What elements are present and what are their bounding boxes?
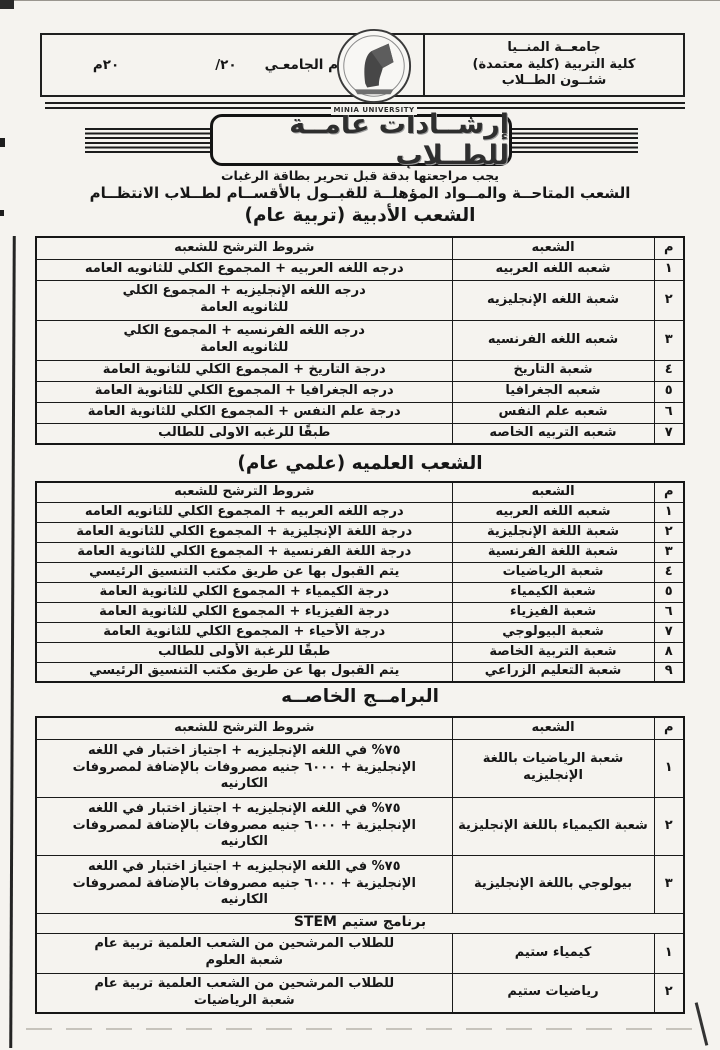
- table-row: ٢ شعبة اللغه الإنجليزيه درجه اللغه الإنج…: [36, 280, 684, 320]
- section-conditions: ٧٥% في اللغه الإنجليزيه + اجتياز اختبار …: [36, 855, 452, 913]
- col-conditions: شروط الترشح للشعبه: [36, 237, 452, 259]
- row-number: ٦: [654, 602, 684, 622]
- section-name: شعبه علم النفس: [452, 402, 654, 423]
- section-name: شعبة اللغه الإنجليزيه: [452, 280, 654, 320]
- table-row: ٥ شعبه الجغرافيا درجه الجغرافيا + المجمو…: [36, 381, 684, 402]
- row-number: ٢: [654, 797, 684, 855]
- table-row: ٤ شعبة التاريخ درجة التاريخ + المجموع ال…: [36, 360, 684, 381]
- row-number: ٨: [654, 642, 684, 662]
- section-name: شعبة التربية الخاصة: [452, 642, 654, 662]
- table-row: ٩ شعبة التعليم الزراعي يتم القبول بها عن…: [36, 662, 684, 682]
- section-conditions: درجة علم النفس + المجموع الكلي للثانوية …: [36, 402, 452, 423]
- faculty-name: كلية التربية (كلية معتمدة): [473, 57, 636, 74]
- row-number: ١: [654, 502, 684, 522]
- table-row: ١ شعبه اللغه العربيه درجه اللغه العربيه …: [36, 259, 684, 280]
- table-row: ٥ شعبة الكيمياء درجة الكيمياء + المجموع …: [36, 582, 684, 602]
- table-header-row: م الشعبه شروط الترشح للشعبه: [36, 237, 684, 259]
- section-conditions: ٧٥% في اللغه الإنجليزيه + اجتياز اختبار …: [36, 797, 452, 855]
- scientific-sections-table: م الشعبه شروط الترشح للشعبه ١ شعبه اللغه…: [35, 481, 685, 683]
- table-header-row: م الشعبه شروط الترشح للشعبه: [36, 482, 684, 502]
- row-number: ٢: [654, 522, 684, 542]
- table-row: ١ كيمياء ستيم للطلاب المرشحين من الشعب ا…: [36, 933, 684, 973]
- row-number: ٦: [654, 402, 684, 423]
- table-header-row: م الشعبه شروط الترشح للشعبه: [36, 717, 684, 739]
- table-row: ١ شعبة الرياضيات باللغة الإنجليزيه ٧٥% ف…: [36, 739, 684, 797]
- special-programs-table: م الشعبه شروط الترشح للشعبه ١ شعبة الريا…: [35, 716, 685, 1014]
- banner-rule-left: [85, 128, 211, 155]
- section-name: شعبه الجغرافيا: [452, 381, 654, 402]
- table-row: ٧ شعبه التربيه الخاصه طبقًا للرغبه الاول…: [36, 423, 684, 444]
- section-name: شعبه اللغه الفرنسيه: [452, 320, 654, 360]
- row-number: ٤: [654, 360, 684, 381]
- table-row: ٦ شعبة الفيزياء درجة الفيزياء + المجموع …: [36, 602, 684, 622]
- row-number: ٣: [654, 320, 684, 360]
- row-number: ٧: [654, 423, 684, 444]
- section-name: بيولوجي باللغة الإنجليزية: [452, 855, 654, 913]
- section-name: شعبة التاريخ: [452, 360, 654, 381]
- letterhead-identity: جامعــة المنــيا كلية التربية (كلية معتم…: [423, 35, 683, 95]
- section-name: شعبه التربيه الخاصه: [452, 423, 654, 444]
- stem-program-title: برنامج ستيم STEM: [36, 913, 684, 933]
- scan-edge-mark: [0, 138, 5, 147]
- logo-caption: MINIA UNIVERSITY: [331, 105, 417, 115]
- row-number: ٥: [654, 381, 684, 402]
- section-conditions: درجة اللغة الفرنسية + المجموع الكلي للثا…: [36, 542, 452, 562]
- table-row: ٧ شعبة البيولوجي درجة الأحياء + المجموع …: [36, 622, 684, 642]
- academic-year-to: ٢٠م: [93, 57, 119, 73]
- table-row: ٢ شعبة اللغة الإنجليزية درجة اللغة الإنج…: [36, 522, 684, 542]
- scan-corner-streak: [695, 1002, 709, 1045]
- banner-rule-right: [512, 128, 638, 155]
- section-conditions: درجه اللغه العربيه + المجموع الكلي للثان…: [36, 502, 452, 522]
- section-conditions: درجه اللغه الإنجليزيه + المجموع الكلي لل…: [36, 280, 452, 320]
- col-number: م: [654, 237, 684, 259]
- table-row: ٨ شعبة التربية الخاصة طبقًا للرغبة الأول…: [36, 642, 684, 662]
- section-title-special-programs: البرامــج الخاصــه: [35, 686, 685, 707]
- row-number: ٢: [654, 973, 684, 1013]
- literary-sections-table: م الشعبه شروط الترشح للشعبه ١ شعبه اللغه…: [35, 236, 685, 445]
- academic-year-from: ٢٠/: [215, 57, 236, 73]
- section-name: شعبة الرياضيات: [452, 562, 654, 582]
- scan-bottom-line: [20, 1028, 692, 1030]
- col-number: م: [654, 482, 684, 502]
- row-number: ٥: [654, 582, 684, 602]
- section-name: كيمياء ستيم: [452, 933, 654, 973]
- section-conditions: درجه اللغه العربيه + المجموع الكلي للثان…: [36, 259, 452, 280]
- section-name: رياضيات ستيم: [452, 973, 654, 1013]
- section-title-scientific: الشعب العلميه (علمي عام): [35, 453, 685, 474]
- section-conditions: درجة التاريخ + المجموع الكلي للثانوية ال…: [36, 360, 452, 381]
- col-number: م: [654, 717, 684, 739]
- section-conditions: درجه الجغرافيا + المجموع الكلي للثانوية …: [36, 381, 452, 402]
- table-row: ٢ شعبة الكيمياء باللغة الإنجليزية ٧٥% في…: [36, 797, 684, 855]
- col-conditions: شروط الترشح للشعبه: [36, 717, 452, 739]
- table-row: ٦ شعبه علم النفس درجة علم النفس + المجمو…: [36, 402, 684, 423]
- row-number: ١: [654, 933, 684, 973]
- intro-line: الشعب المتاحــة والمــواد المؤهلــة للقب…: [35, 184, 685, 202]
- section-conditions: ٧٥% في اللغه الإنجليزيه + اجتياز اختبار …: [36, 739, 452, 797]
- section-name: شعبة التعليم الزراعي: [452, 662, 654, 682]
- university-name: جامعــة المنــيا: [507, 40, 600, 57]
- col-section: الشعبه: [452, 482, 654, 502]
- col-section: الشعبه: [452, 237, 654, 259]
- row-number: ٤: [654, 562, 684, 582]
- table-row: ٣ بيولوجي باللغة الإنجليزية ٧٥% في اللغه…: [36, 855, 684, 913]
- section-conditions: درجة الفيزياء + المجموع الكلي للثانوية ا…: [36, 602, 452, 622]
- scanned-document-page: جامعــة المنــيا كلية التربية (كلية معتم…: [0, 0, 720, 1050]
- section-conditions: للطلاب المرشحين من الشعب العلمية تربية ع…: [36, 933, 452, 973]
- section-name: شعبه اللغه العربيه: [452, 502, 654, 522]
- row-number: ١: [654, 739, 684, 797]
- section-name: شعبة اللغة الإنجليزية: [452, 522, 654, 542]
- nefertiti-emblem-icon: [335, 27, 413, 105]
- section-conditions: درجة الأحياء + المجموع الكلي للثانوية ال…: [36, 622, 452, 642]
- col-section: الشعبه: [452, 717, 654, 739]
- section-title-literary: الشعب الأدبية (تربية عام): [35, 205, 685, 226]
- scan-edge-mark: [0, 210, 4, 216]
- section-name: شعبة البيولوجي: [452, 622, 654, 642]
- section-name: شعبة الفيزياء: [452, 602, 654, 622]
- section-conditions: يتم القبول بها عن طريق مكتب التنسيق الرئ…: [36, 562, 452, 582]
- row-number: ٩: [654, 662, 684, 682]
- row-number: ٣: [654, 542, 684, 562]
- table-row: ٣ شعبه اللغه الفرنسيه درجه اللغه الفرنسي…: [36, 320, 684, 360]
- section-name: شعبة الكيمياء باللغة الإنجليزية: [452, 797, 654, 855]
- student-affairs-office: شئــون الطــلاب: [502, 73, 607, 90]
- row-number: ٣: [654, 855, 684, 913]
- section-conditions: درجة اللغة الإنجليزية + المجموع الكلي لل…: [36, 522, 452, 542]
- row-number: ١: [654, 259, 684, 280]
- title-banner: إرشــادات عامــة للطــلاب: [210, 114, 512, 166]
- table-row: ٣ شعبة اللغة الفرنسية درجة اللغة الفرنسي…: [36, 542, 684, 562]
- section-name: شعبه اللغه العربيه: [452, 259, 654, 280]
- university-logo: MINIA UNIVERSITY: [331, 27, 417, 115]
- row-number: ٧: [654, 622, 684, 642]
- table-row: ١ شعبه اللغه العربيه درجه اللغه العربيه …: [36, 502, 684, 522]
- col-conditions: شروط الترشح للشعبه: [36, 482, 452, 502]
- table-row: ٢ رياضيات ستيم للطلاب المرشحين من الشعب …: [36, 973, 684, 1013]
- section-conditions: درجه اللغه الفرنسيه + المجموع الكلي للثا…: [36, 320, 452, 360]
- section-conditions: للطلاب المرشحين من الشعب العلمية تربية ع…: [36, 973, 452, 1013]
- scan-left-streak: [9, 236, 16, 1048]
- page-title: إرشــادات عامــة للطــلاب: [213, 109, 509, 171]
- stem-banner-row: برنامج ستيم STEM: [36, 913, 684, 933]
- section-name: شعبة الرياضيات باللغة الإنجليزيه: [452, 739, 654, 797]
- table-row: ٤ شعبة الرياضيات يتم القبول بها عن طريق …: [36, 562, 684, 582]
- row-number: ٢: [654, 280, 684, 320]
- scan-top-line: [8, 0, 720, 1]
- section-conditions: يتم القبول بها عن طريق مكتب التنسيق الرئ…: [36, 662, 452, 682]
- section-conditions: طبقًا للرغبه الاولى للطالب: [36, 423, 452, 444]
- section-conditions: درجة الكيمياء + المجموع الكلي للثانوية ا…: [36, 582, 452, 602]
- scan-corner-mark: [0, 0, 14, 9]
- section-name: شعبة اللغة الفرنسية: [452, 542, 654, 562]
- section-conditions: طبقًا للرغبة الأولى للطالب: [36, 642, 452, 662]
- section-name: شعبة الكيمياء: [452, 582, 654, 602]
